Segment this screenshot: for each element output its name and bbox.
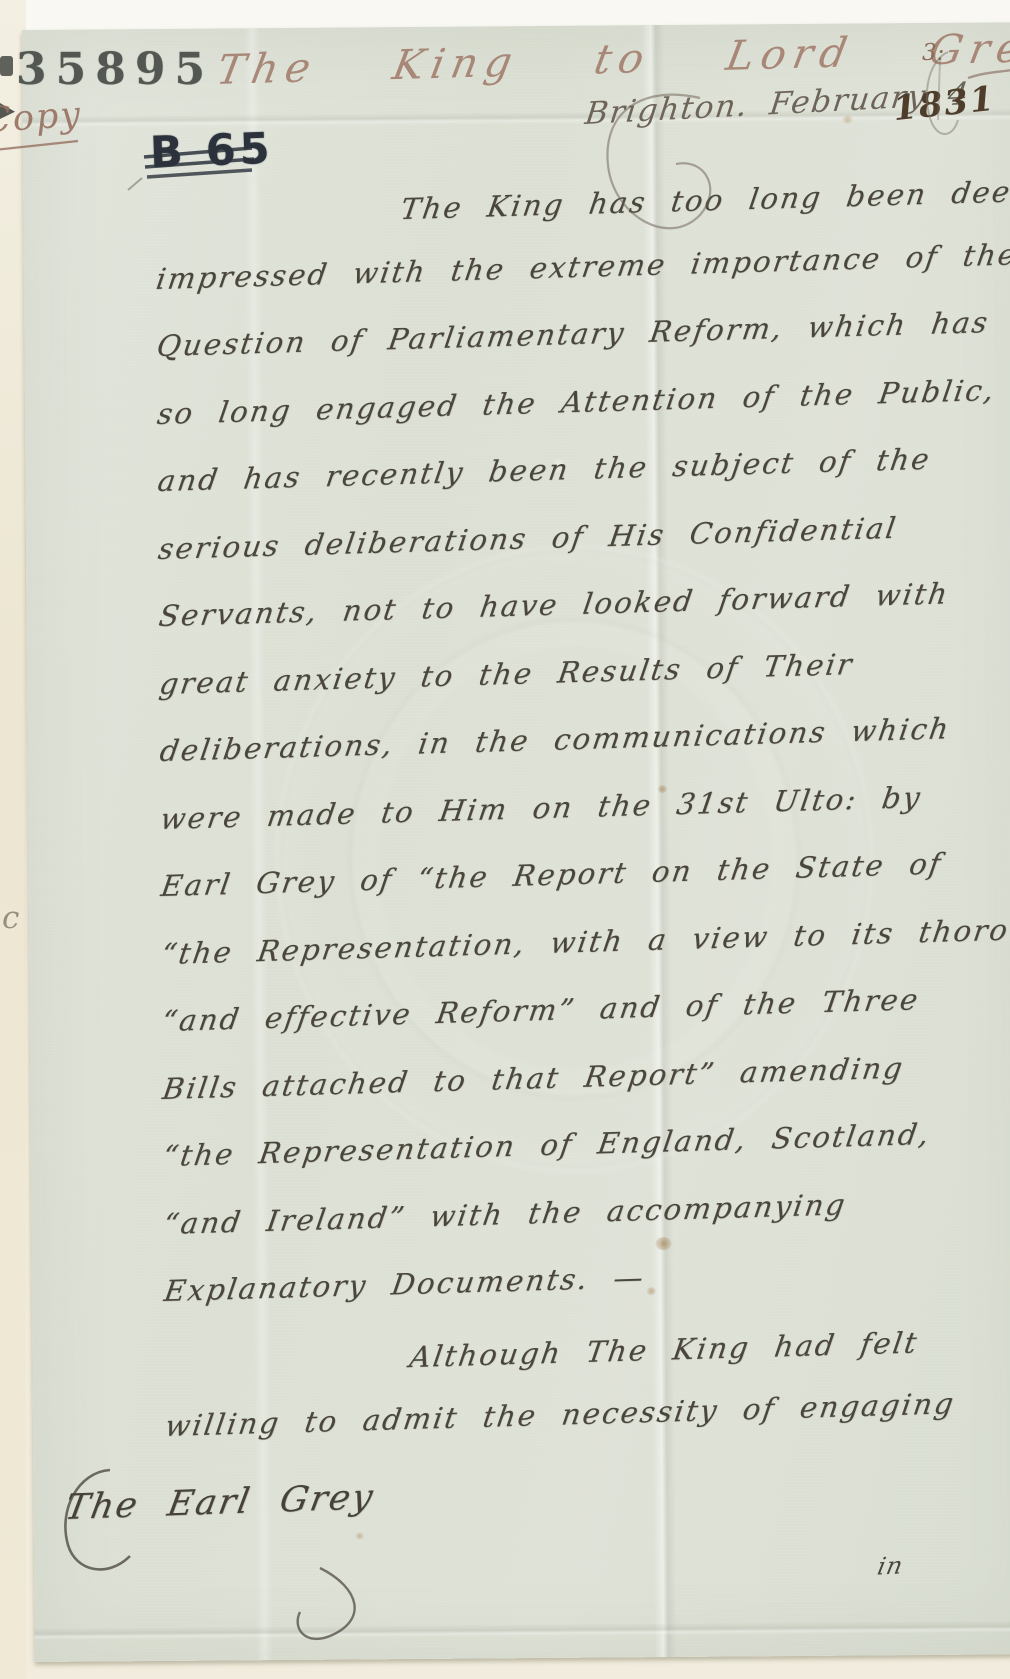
manuscript-line: and has recently been the subject of the bbox=[156, 442, 934, 498]
manuscript-line: willing to admit the necessity of engagi… bbox=[163, 1386, 958, 1443]
manuscript-line: Although The King had felt bbox=[407, 1325, 920, 1374]
foxing-spot bbox=[647, 1287, 656, 1295]
manuscript-line: The King has too long been deeply bbox=[398, 173, 1010, 226]
margin-pencil-mark: c bbox=[2, 900, 19, 936]
manuscript-line: so long engaged the Attention of the Pub… bbox=[155, 372, 998, 430]
horizontal-fold-crease bbox=[34, 1620, 1010, 1640]
crossed-out-shelfmark-stamp: B 65 bbox=[149, 124, 274, 178]
edge-ink-fragment bbox=[0, 56, 13, 76]
backing-sheet-left bbox=[0, 0, 26, 1679]
letter-page: The King has too long been deeplyimpress… bbox=[22, 22, 1010, 1662]
foxing-spot bbox=[356, 1532, 364, 1539]
manuscript-line: Explanatory Documents. — bbox=[162, 1260, 648, 1308]
copy-annotation: Copy bbox=[0, 95, 83, 142]
archive-number-stamp: 35895 bbox=[16, 44, 214, 95]
manuscript-line: impressed with the extreme importance of… bbox=[154, 237, 1010, 296]
manuscript-scan: The King has too long been deeplyimpress… bbox=[0, 0, 1010, 1679]
foxing-spot bbox=[655, 1237, 671, 1250]
folio-number: 3: bbox=[922, 40, 944, 66]
manuscript-line: Question of Parliamentary Reform, which … bbox=[155, 305, 992, 363]
